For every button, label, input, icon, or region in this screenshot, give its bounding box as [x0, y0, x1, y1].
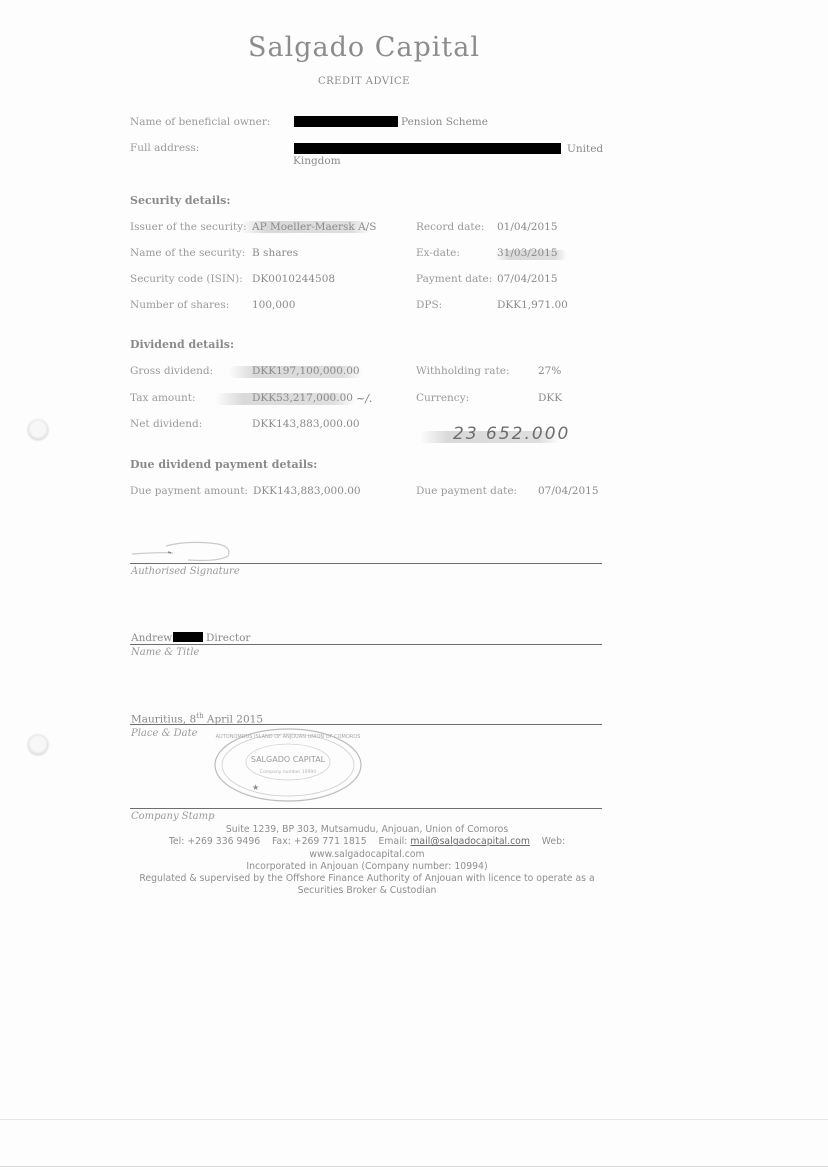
isin-value: DK0010244508 [252, 273, 335, 285]
signature-scribble [128, 538, 238, 564]
address-value-line1: United [567, 143, 603, 155]
redaction-address [294, 143, 561, 154]
stamp-line [130, 808, 602, 809]
address-value-line2: Kingdom [293, 155, 341, 167]
ex-date-value: 31/03/2015 [497, 247, 558, 259]
signatory-first-name: Andrew [131, 632, 172, 644]
full-address-label: Full address: [130, 142, 199, 154]
footer-tel: Tel: +269 336 9496 [169, 836, 260, 847]
payment-date-value: 07/04/2015 [497, 273, 558, 285]
footer-incorporated: Incorporated in Anjouan (Company number:… [130, 861, 604, 873]
gross-dividend-value: DKK197,100,000.00 [252, 365, 360, 377]
withholding-rate-value: 27% [538, 365, 561, 377]
issuer-label: Issuer of the security: [130, 221, 247, 233]
dps-value: DKK1,971.00 [497, 299, 568, 311]
isin-label: Security code (ISIN): [130, 273, 243, 285]
due-payment-heading: Due dividend payment details: [130, 458, 317, 471]
svg-text:SALGADO CAPITAL: SALGADO CAPITAL [251, 755, 326, 764]
shares-value: 100,000 [252, 299, 295, 311]
tax-handwritten-mark: ~/. [356, 392, 372, 405]
due-amount-label: Due payment amount: [130, 485, 248, 497]
punch-hole-top [28, 420, 48, 440]
ex-date-label: Ex-date: [416, 247, 460, 259]
payment-date-label: Payment date: [416, 273, 492, 285]
scan-edge-line [0, 1166, 828, 1167]
signatory-title: Director [206, 632, 250, 644]
company-title: Salgado Capital [0, 32, 728, 63]
beneficial-owner-value: Pension Scheme [401, 116, 488, 128]
beneficial-owner-label: Name of beneficial owner: [130, 116, 270, 128]
due-date-value: 07/04/2015 [538, 485, 599, 497]
footer-fax: Fax: +269 771 1815 [272, 836, 367, 847]
redaction-owner-name [294, 116, 398, 127]
tax-amount-label: Tax amount: [130, 392, 196, 404]
security-details-heading: Security details: [130, 194, 230, 207]
due-amount-value: DKK143,883,000.00 [253, 485, 361, 497]
document-type: CREDIT ADVICE [0, 76, 728, 87]
net-dividend-label: Net dividend: [130, 418, 202, 430]
stamp-caption: Company Stamp [131, 811, 215, 822]
record-date-value: 01/04/2015 [497, 221, 558, 233]
shares-label: Number of shares: [130, 299, 229, 311]
svg-text:Company number 10994: Company number 10994 [260, 769, 316, 775]
place-date-caption: Place & Date [131, 728, 198, 739]
place-date-line [130, 724, 602, 725]
record-date-label: Record date: [416, 221, 484, 233]
gross-dividend-label: Gross dividend: [130, 365, 213, 377]
dps-label: DPS: [416, 299, 442, 311]
tax-amount-value: DKK53,217,000.00 [252, 392, 353, 404]
svg-text:AUTONOMOUS ISLAND OF ANJOUAN U: AUTONOMOUS ISLAND OF ANJOUAN UNION OF CO… [216, 734, 361, 740]
security-name-value: B shares [252, 247, 298, 259]
scan-edge-line [0, 1119, 828, 1120]
dividend-details-heading: Dividend details: [130, 338, 234, 351]
company-stamp: SALGADO CAPITAL Company number 10994 AUT… [212, 726, 364, 804]
punch-hole-bottom [28, 735, 48, 755]
net-dividend-value: DKK143,883,000.00 [252, 418, 360, 430]
footer-address: Suite 1239, BP 303, Mutsamudu, Anjouan, … [130, 824, 604, 836]
signature-caption: Authorised Signature [131, 566, 240, 577]
currency-value: DKK [538, 392, 562, 404]
issuer-value: AP Moeller-Maersk A/S [252, 221, 376, 233]
handwritten-note: 23 652.000 [453, 424, 570, 444]
company-footer: Suite 1239, BP 303, Mutsamudu, Anjouan, … [130, 824, 604, 898]
footer-web-label: Web: [542, 836, 565, 847]
footer-email-link[interactable]: mail@salgadocapital.com [410, 836, 530, 847]
currency-label: Currency: [416, 392, 469, 404]
name-line [130, 644, 602, 645]
due-date-label: Due payment date: [416, 485, 517, 497]
footer-email-label: Email: [378, 836, 407, 847]
redaction-surname [173, 632, 203, 642]
signature-line [130, 563, 602, 564]
footer-regulated: Regulated & supervised by the Offshore F… [130, 873, 604, 898]
name-title-caption: Name & Title [131, 647, 199, 658]
svg-text:★: ★ [252, 783, 259, 792]
withholding-rate-label: Withholding rate: [416, 365, 510, 377]
footer-contact: Tel: +269 336 9496 Fax: +269 771 1815 Em… [130, 836, 604, 848]
security-name-label: Name of the security: [130, 247, 245, 259]
footer-web: www.salgadocapital.com [130, 849, 604, 861]
